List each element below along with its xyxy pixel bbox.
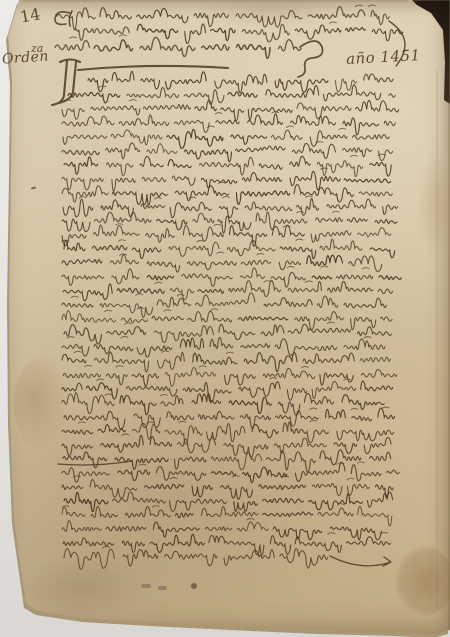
folio-number: 14	[19, 4, 42, 26]
handwriting-svg	[0, 0, 450, 637]
manuscript-scan: 14 za Orden año 1451	[0, 0, 450, 637]
margin-note-orden: Orden	[1, 48, 49, 67]
